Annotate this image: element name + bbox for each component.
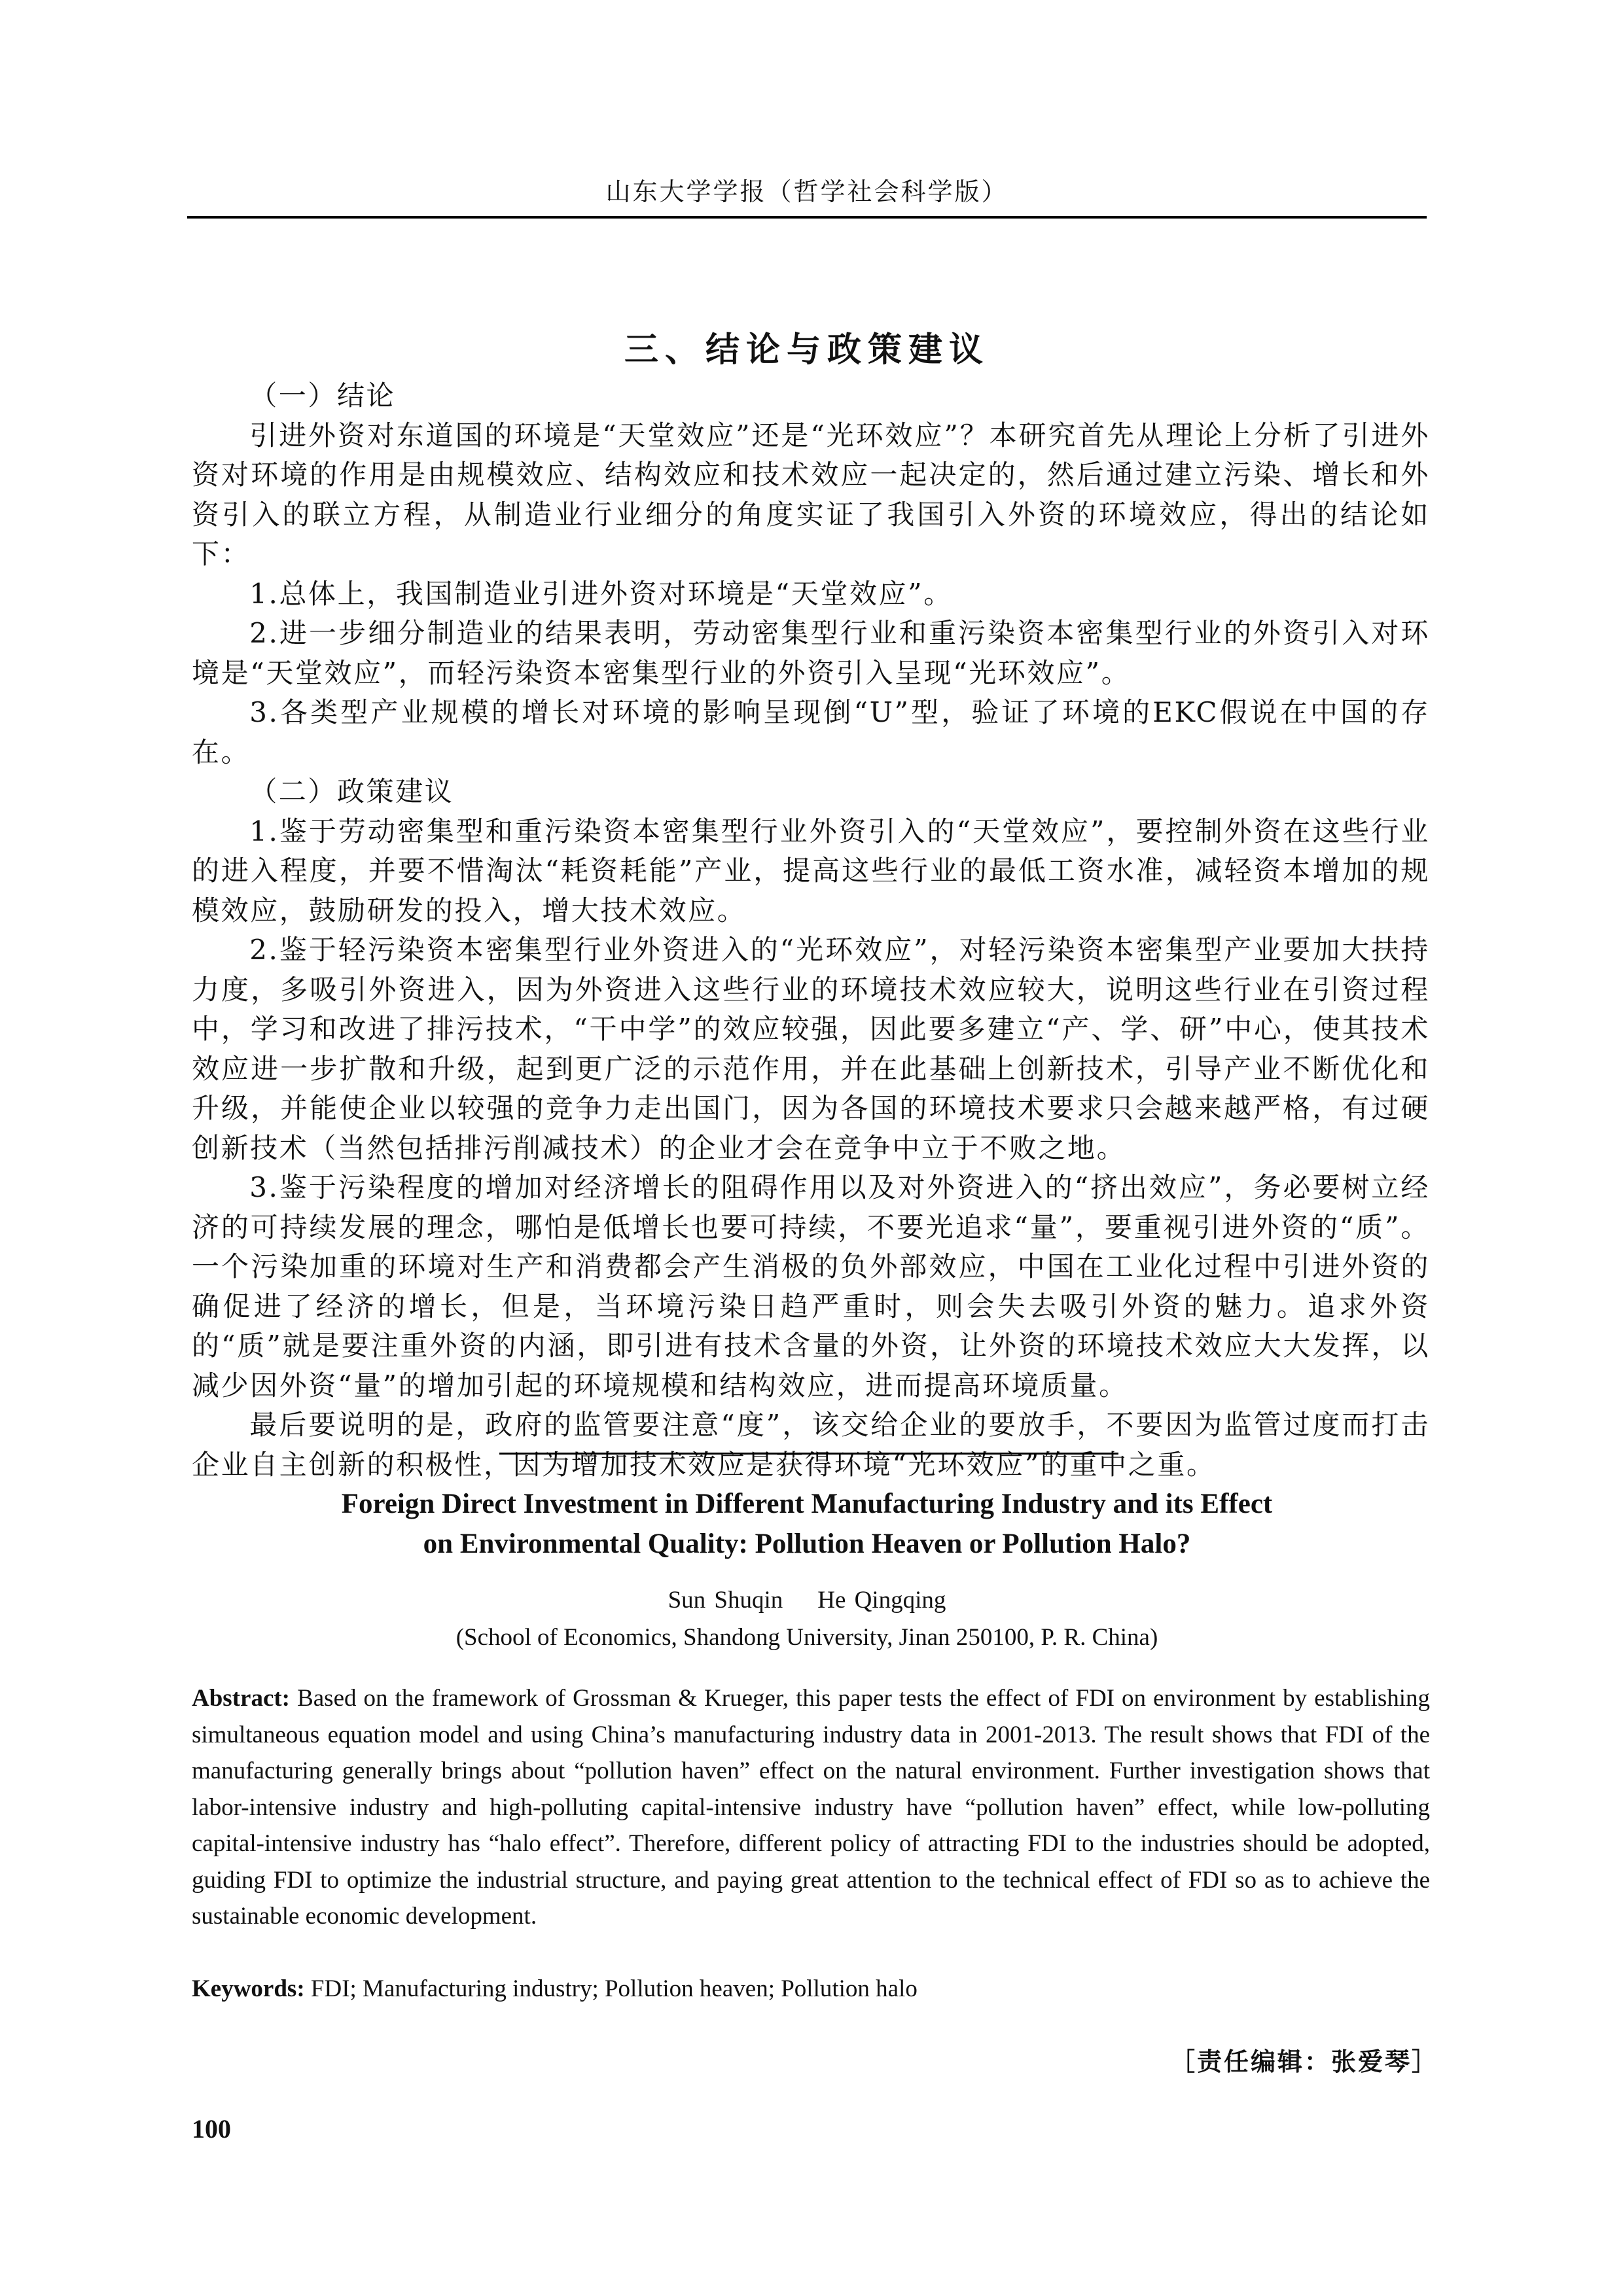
section-separator-rule <box>499 1453 1118 1455</box>
conclusion-item-3: 3.各类型产业规模的增长对环境的影响呈现倒“U”型，验证了环境的EKC假说在中国… <box>192 693 1430 772</box>
policy-item-3: 3.鉴于污染程度的增加对经济增长的阻碍作用以及对外资进入的“挤出效应”，务必要树… <box>192 1168 1430 1405</box>
conclusions-intro-paragraph: 引进外资对东道国的环境是“天堂效应”还是“光环效应”？本研究首先从理论上分析了引… <box>192 416 1430 574</box>
english-abstract: Abstract: Based on the framework of Gros… <box>192 1680 1430 1935</box>
abstract-label: Abstract: <box>192 1685 290 1712</box>
closing-paragraph: 最后要说明的是，政府的监管要注意“度”，该交给企业的要放手，不要因为监管过度而打… <box>192 1405 1430 1485</box>
header-rule <box>187 216 1427 219</box>
english-title-line-1: Foreign Direct Investment in Different M… <box>187 1484 1427 1524</box>
english-keywords: Keywords: FDI; Manufacturing industry; P… <box>192 1971 1430 2007</box>
page-number: 100 <box>192 2112 231 2146</box>
conclusion-item-1: 1.总体上，我国制造业引进外资对环境是“天堂效应”。 <box>192 574 1430 614</box>
conclusions-heading: （一）结论 <box>192 376 1430 416</box>
conclusion-item-2: 2.进一步细分制造业的结果表明，劳动密集型行业和重污染资本密集型行业的外资引入对… <box>192 614 1430 693</box>
policy-item-2: 2.鉴于轻污染资本密集型行业外资进入的“光环效应”，对轻污染资本密集型产业要加大… <box>192 930 1430 1168</box>
section-title: 三、结论与政策建议 <box>187 327 1427 373</box>
keywords-label: Keywords: <box>192 1975 305 2002</box>
chinese-body-text: （一）结论 引进外资对东道国的环境是“天堂效应”还是“光环效应”？本研究首先从理… <box>192 376 1430 1485</box>
english-title: Foreign Direct Investment in Different M… <box>187 1484 1427 1564</box>
keywords-text: FDI; Manufacturing industry; Pollution h… <box>305 1975 918 2002</box>
english-title-line-2: on Environmental Quality: Pollution Heav… <box>187 1524 1427 1564</box>
abstract-text: Based on the framework of Grossman & Kru… <box>192 1685 1430 1930</box>
policy-heading: （二）政策建议 <box>192 772 1430 812</box>
responsible-editor: ［责任编辑：张爱琴］ <box>1047 2045 1438 2079</box>
running-head-journal-name: 山东大学学报（哲学社会科学版） <box>187 175 1427 208</box>
english-affiliation: (School of Economics, Shandong Universit… <box>187 1621 1427 1655</box>
english-authors: Sun Shuqin He Qingqing <box>187 1583 1427 1617</box>
policy-item-1: 1.鉴于劳动密集型和重污染资本密集型行业外资引入的“天堂效应”，要控制外资在这些… <box>192 812 1430 931</box>
